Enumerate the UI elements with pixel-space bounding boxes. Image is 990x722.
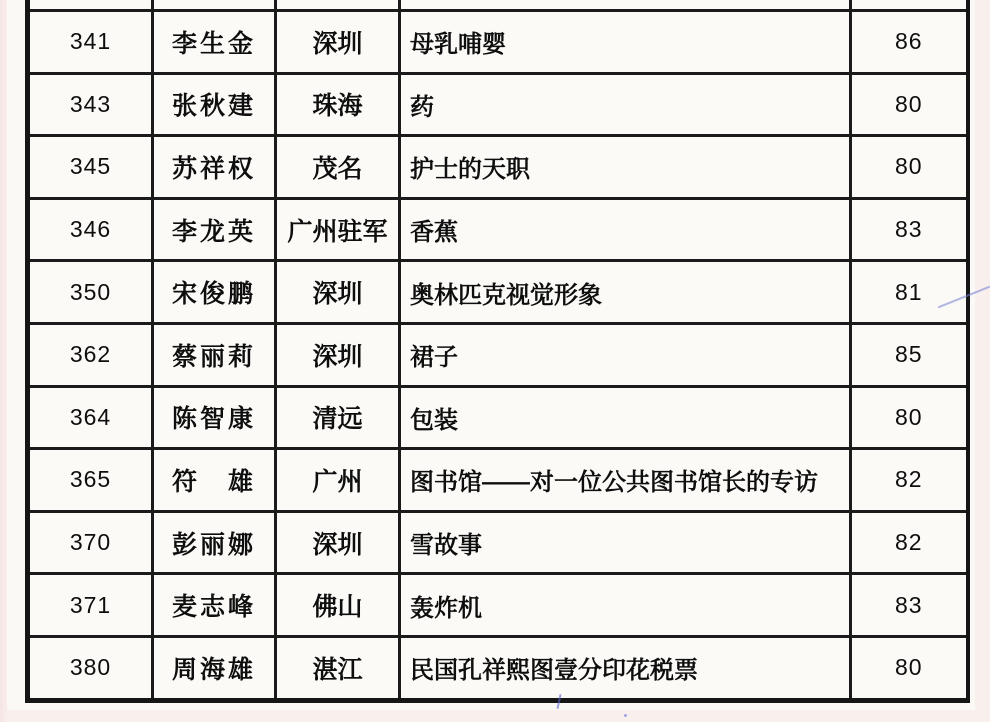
name-cell: 陈智康 xyxy=(153,386,276,449)
name-cell: 李龙英 xyxy=(153,198,276,261)
city-cell: 佛山 xyxy=(276,574,400,637)
table-row: 350 宋俊鹏 深圳 奥林匹克视觉形象 81 xyxy=(28,261,968,324)
name-cell: 李生金 xyxy=(153,11,276,74)
title-cell: 母乳哺婴 xyxy=(400,11,851,74)
score-cell: 81 xyxy=(851,261,968,324)
score-cell: 86 xyxy=(851,11,968,74)
name-cell: 周海雄 xyxy=(153,636,276,700)
table-row: 345 苏祥权 茂名 护士的天职 80 xyxy=(28,136,968,199)
cutoff-cell xyxy=(276,0,400,11)
table-row: 364 陈智康 清远 包装 80 xyxy=(28,386,968,449)
score-table-body: 341 李生金 深圳 母乳哺婴 86 343 张秋建 珠海 药 80 345 苏… xyxy=(28,0,968,700)
score-cell: 80 xyxy=(851,136,968,199)
scanned-page: 341 李生金 深圳 母乳哺婴 86 343 张秋建 珠海 药 80 345 苏… xyxy=(0,0,990,722)
title-cell: 雪故事 xyxy=(400,511,851,574)
title-cell: 香蕉 xyxy=(400,198,851,261)
name-cell: 彭丽娜 xyxy=(153,511,276,574)
entry-number-cell: 350 xyxy=(28,261,153,324)
table-row: 343 张秋建 珠海 药 80 xyxy=(28,73,968,136)
score-cell: 82 xyxy=(851,511,968,574)
city-cell: 深圳 xyxy=(276,323,400,386)
score-cell: 80 xyxy=(851,73,968,136)
name-cell: 符 雄 xyxy=(153,449,276,512)
table-row: 362 蔡丽莉 深圳 裙子 85 xyxy=(28,323,968,386)
cutoff-cell xyxy=(153,0,276,11)
city-cell: 广州 xyxy=(276,449,400,512)
city-cell: 茂名 xyxy=(276,136,400,199)
entry-number-cell: 346 xyxy=(28,198,153,261)
cutoff-cell xyxy=(851,0,968,11)
score-cell: 83 xyxy=(851,574,968,637)
name-cell: 蔡丽莉 xyxy=(153,323,276,386)
score-cell: 85 xyxy=(851,323,968,386)
entry-number-cell: 362 xyxy=(28,323,153,386)
city-cell: 湛江 xyxy=(276,636,400,700)
table-row: 341 李生金 深圳 母乳哺婴 86 xyxy=(28,11,968,74)
city-cell: 珠海 xyxy=(276,73,400,136)
cutoff-row xyxy=(28,0,968,11)
name-cell: 张秋建 xyxy=(153,73,276,136)
entry-number-cell: 345 xyxy=(28,136,153,199)
entry-number-cell: 365 xyxy=(28,449,153,512)
title-cell: 包装 xyxy=(400,386,851,449)
score-table: 341 李生金 深圳 母乳哺婴 86 343 张秋建 珠海 药 80 345 苏… xyxy=(25,0,970,703)
title-cell: 裙子 xyxy=(400,323,851,386)
entry-number-cell: 380 xyxy=(28,636,153,700)
cutoff-cell xyxy=(28,0,153,11)
blue-pen-dot xyxy=(624,714,627,717)
score-cell: 83 xyxy=(851,198,968,261)
entry-number-cell: 341 xyxy=(28,11,153,74)
score-cell: 80 xyxy=(851,636,968,700)
city-cell: 广州驻军 xyxy=(276,198,400,261)
cutoff-cell xyxy=(400,0,851,11)
title-cell: 轰炸机 xyxy=(400,574,851,637)
entry-number-cell: 364 xyxy=(28,386,153,449)
name-cell: 宋俊鹏 xyxy=(153,261,276,324)
table-row: 371 麦志峰 佛山 轰炸机 83 xyxy=(28,574,968,637)
city-cell: 深圳 xyxy=(276,11,400,74)
title-cell: 图书馆——对一位公共图书馆长的专访 xyxy=(400,449,851,512)
name-cell: 麦志峰 xyxy=(153,574,276,637)
name-cell: 苏祥权 xyxy=(153,136,276,199)
score-cell: 82 xyxy=(851,449,968,512)
entry-number-cell: 343 xyxy=(28,73,153,136)
city-cell: 深圳 xyxy=(276,511,400,574)
title-cell: 药 xyxy=(400,73,851,136)
table-row: 380 周海雄 湛江 民国孔祥熙图壹分印花税票 80 xyxy=(28,636,968,700)
table-row: 370 彭丽娜 深圳 雪故事 82 xyxy=(28,511,968,574)
table-row: 346 李龙英 广州驻军 香蕉 83 xyxy=(28,198,968,261)
title-cell: 护士的天职 xyxy=(400,136,851,199)
score-cell: 80 xyxy=(851,386,968,449)
entry-number-cell: 370 xyxy=(28,511,153,574)
city-cell: 清远 xyxy=(276,386,400,449)
title-cell: 奥林匹克视觉形象 xyxy=(400,261,851,324)
title-cell: 民国孔祥熙图壹分印花税票 xyxy=(400,636,851,700)
entry-number-cell: 371 xyxy=(28,574,153,637)
table-row: 365 符 雄 广州 图书馆——对一位公共图书馆长的专访 82 xyxy=(28,449,968,512)
city-cell: 深圳 xyxy=(276,261,400,324)
